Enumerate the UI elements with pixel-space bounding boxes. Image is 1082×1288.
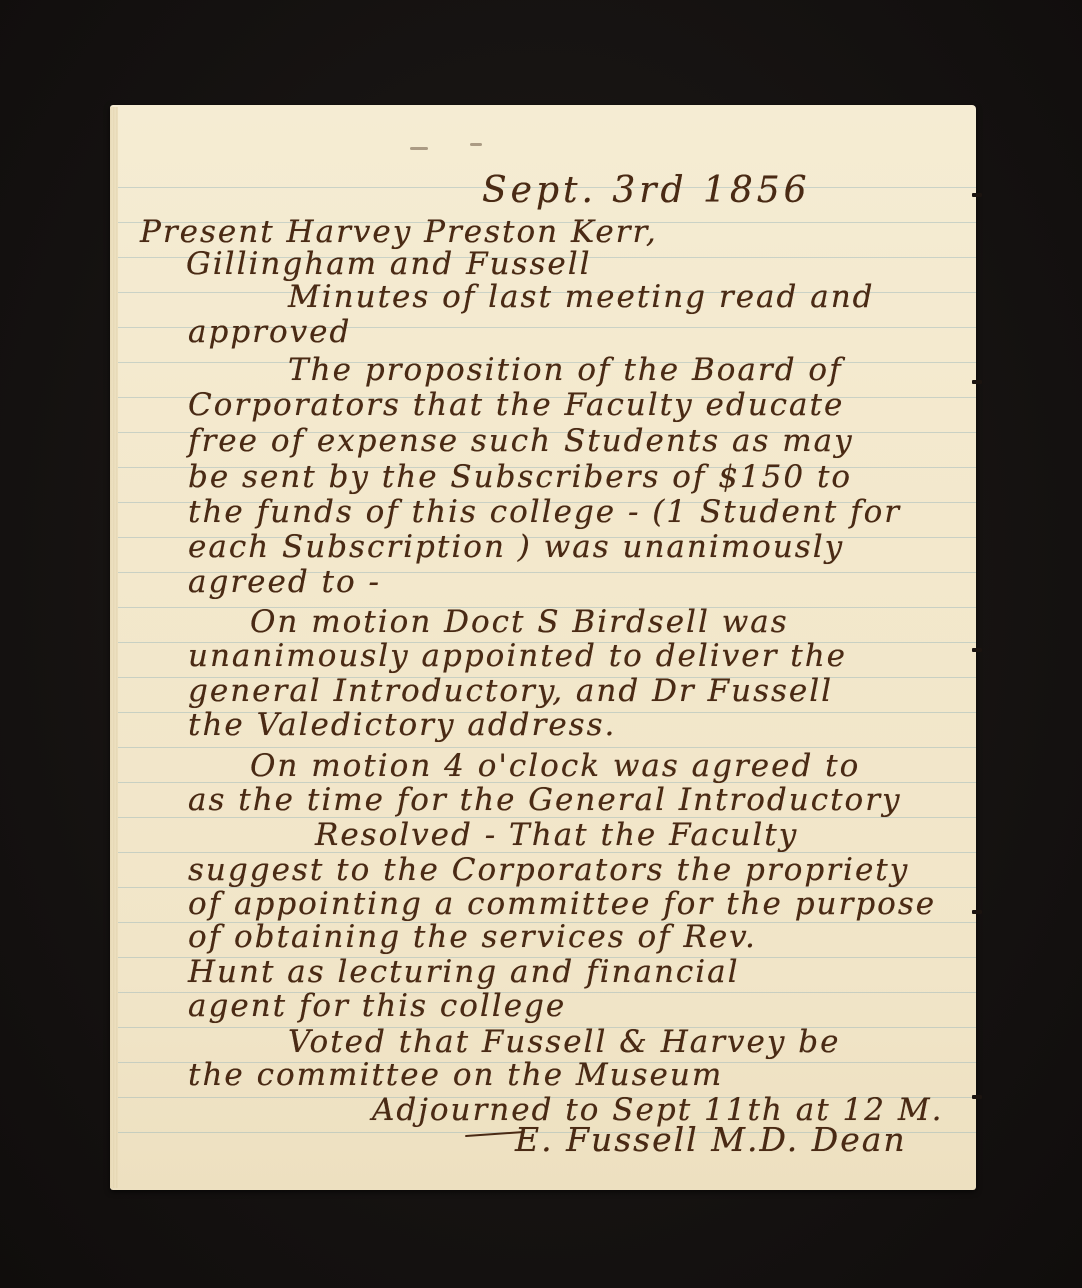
text-line: free of expense such Students as may	[188, 426, 854, 457]
text-line: suggest to the Corporators the propriety	[188, 855, 909, 886]
text-line: agent for this college	[188, 991, 566, 1022]
text-line: On motion Doct S Birdsell was	[250, 607, 789, 638]
text-line: Present Harvey Preston Kerr,	[140, 217, 658, 248]
text-line: The proposition of the Board of	[288, 355, 843, 386]
text-line: agreed to -	[188, 567, 381, 598]
text-line: Hunt as lecturing and financial	[188, 957, 740, 988]
text-line: Voted that Fussell & Harvey be	[288, 1027, 840, 1058]
text-line: general Introductory, and Dr Fussell	[188, 676, 833, 707]
text-line: of obtaining the services of Rev.	[188, 922, 757, 953]
text-line: the committee on the Museum	[188, 1060, 723, 1091]
text-line: be sent by the Subscribers of $150 to	[188, 462, 852, 493]
text-line: as the time for the General Introductory	[188, 785, 902, 816]
text-line: On motion 4 o'clock was agreed to	[250, 751, 860, 782]
text-line: approved	[188, 317, 351, 348]
date-heading: Sept. 3rd 1856	[482, 173, 811, 209]
text-line: Minutes of last meeting read and	[288, 282, 875, 313]
text-line: each Subscription ) was unanimously	[188, 532, 844, 563]
text-line: Resolved - That the Faculty	[315, 820, 798, 851]
text-line: the funds of this college - (1 Student f…	[188, 497, 901, 528]
text-line: unanimously appointed to deliver the	[188, 641, 847, 672]
text-line: of appointing a committee for the purpos…	[188, 889, 936, 920]
signature: E. Fussell M.D. Dean	[515, 1123, 907, 1156]
handwritten-text: Sept. 3rd 1856 Present Harvey Preston Ke…	[110, 105, 976, 1190]
text-line: Corporators that the Faculty educate	[188, 390, 844, 421]
text-line: Gillingham and Fussell	[186, 249, 592, 280]
manuscript-page: Sept. 3rd 1856 Present Harvey Preston Ke…	[110, 105, 976, 1190]
text-line: the Valedictory address.	[188, 710, 616, 741]
